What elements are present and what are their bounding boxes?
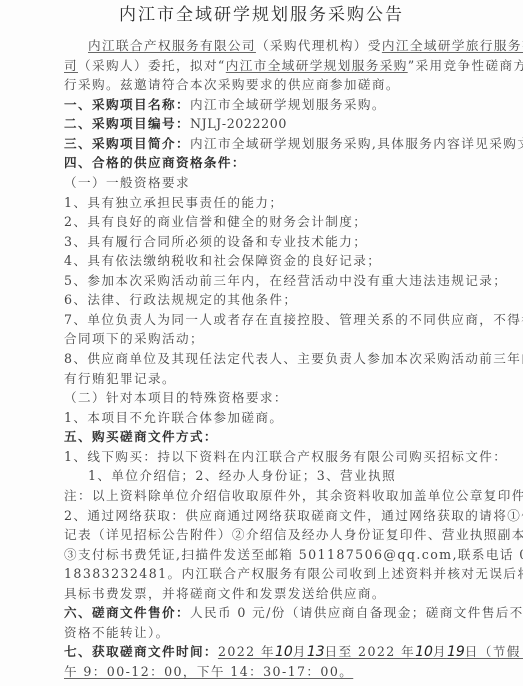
online-purchase: 2、通过网络获取：供应商通过网络获取磋商文件，通过网络获取的请将①供应商登 <box>64 507 523 525</box>
qualification-item: 2、具有良好的商业信誉和健全的财务会计制度； <box>64 213 367 231</box>
qualification-item: 合同项下的采购活动； <box>64 330 204 348</box>
offline-materials: 1、单位介绍信；2、经办人身份证；3、营业执照 <box>88 467 396 485</box>
section-7-cont: 午 9：00-12：00，下午 14：30-17：00。 <box>64 663 353 681</box>
intro-line-2: 司（采购人）委托，拟对“内江市全域研学规划服务采购”采用竞争性磋商方式进 <box>64 57 523 75</box>
qualification-item: 有行贿犯罪记录。 <box>64 370 176 388</box>
section-4-sub-1: （一）一般资格要求 <box>64 174 190 192</box>
qualification-item: 3、具有履行合同所必须的设备和专业技术能力； <box>64 233 367 251</box>
section-6: 六、磋商文件售价：人民币 0 元/份（请供应商自备现金；磋商文件售后不退，磋商 <box>64 604 523 622</box>
page-title: 内江市全域研学规划服务采购公告 <box>0 4 523 26</box>
qualification-item: 7、单位负责人为同一人或者存在直接控股、管理关系的不同供应商，不得参加同一 <box>64 311 523 329</box>
agency-name: 内江联合产权服务有限公司 <box>88 38 256 53</box>
qualification-item: 6、法律、行政法规规定的其他条件； <box>64 291 297 309</box>
intro-line-3: 行采购。兹邀请符合本次采购要求的供应商参加磋商。 <box>64 76 400 94</box>
qualification-item: 8、供应商单位及其现任法定代表人、主要负责人参加本次采购活动前三年内不得具 <box>64 350 523 368</box>
special-qualification: 1、本项目不允许联合体参加磋商。 <box>64 409 283 427</box>
section-3: 三、采购项目简介：内江市全域研学规划服务采购,具体服务内容详见采购文件。 <box>64 135 523 153</box>
section-7: 七、获取磋商文件时间：2022 年10月13日至 2022 年10月19日（节假… <box>64 643 523 661</box>
handwritten-month: 10 <box>415 644 433 660</box>
section-1: 一、采购项目名称：内江市全域研学规划服务采购。 <box>64 96 386 114</box>
section-2: 二、采购项目编号：NJLJ-2022200 <box>64 115 287 133</box>
announcement-page: 内江市全域研学规划服务采购公告 内江联合产权服务有限公司（采购代理机构）受内江全… <box>0 0 523 686</box>
qualification-item: 4、具有依法缴纳税收和社会保障资金的良好记录； <box>64 252 381 270</box>
handwritten-day: 13 <box>307 644 325 660</box>
intro-line-1: 内江联合产权服务有限公司（采购代理机构）受内江全域研学旅行服务有限公 <box>88 37 523 55</box>
section-4-sub-2: （二）针对本项目的特殊资格要求： <box>64 389 288 407</box>
section-5-heading: 五、购买磋商文件方式： <box>64 428 218 446</box>
online-purchase: 18383232481。内江联合产权服务有限公司收到上述资料并核对无误后将为供应… <box>64 565 523 583</box>
qualification-item: 1、具有独立承担民事责任的能力； <box>64 194 283 212</box>
online-purchase-contact: ③支付标书费凭证,扫描件发送至邮箱 501187506@qq.com,联系电话 … <box>64 546 523 564</box>
online-purchase: 记表（详见招标公告附件）②介绍信及经办人身份证复印件、营业执照副本复印件 <box>64 526 523 544</box>
materials-note: 注：以上资料除单位介绍信收取原件外，其余资料收取加盖单位公章复印件。 <box>64 487 523 505</box>
offline-purchase: 1、线下购买：持以下资料在内江联合产权服务有限公司购买招标文件： <box>64 448 507 466</box>
handwritten-month: 10 <box>275 644 293 660</box>
purchaser-name: 内江全域研学旅行服务有限公 <box>382 38 523 53</box>
handwritten-day: 19 <box>447 644 465 660</box>
section-6-cont: 资格不能转让）。 <box>64 624 170 642</box>
qualification-item: 5、参加本次采购活动前三年内，在经营活动中没有重大违法违规记录； <box>64 272 507 290</box>
section-4-heading: 四、合格的供应商资格条件： <box>64 154 246 172</box>
acquisition-period: 2022 年10月13日至 2022 年10月19日（节假日除外），上 <box>218 644 523 659</box>
project-name-link: 内江市全域研学规划服务采购 <box>226 58 408 73</box>
online-purchase: 具标书费发票，并将磋商文件和发票发送给供应商。 <box>64 585 386 603</box>
